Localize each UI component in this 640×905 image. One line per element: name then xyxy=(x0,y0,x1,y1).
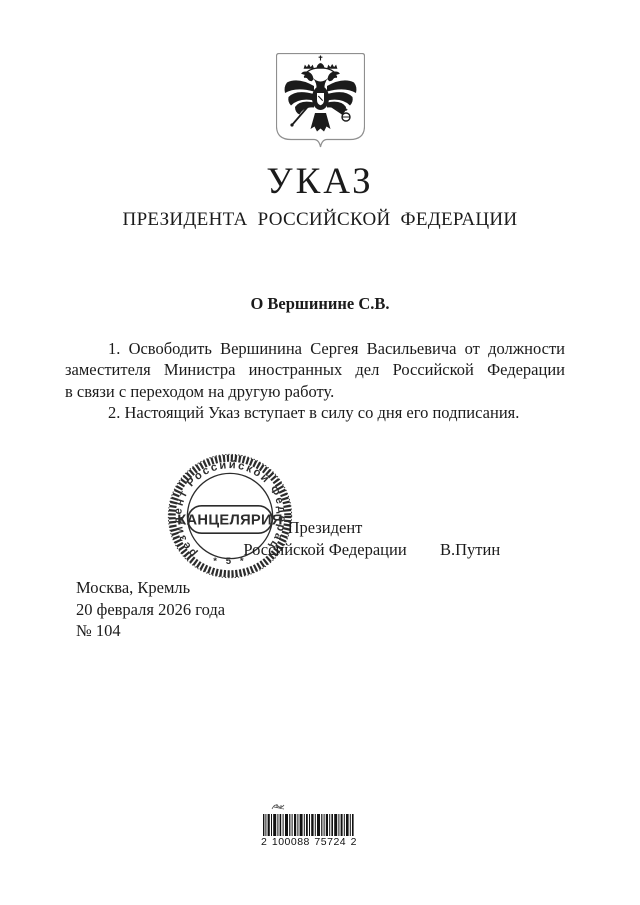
decree-title: УКАЗ xyxy=(0,162,640,202)
body-line: заместителя Министра иностранных дел Рос… xyxy=(65,359,565,380)
footer-number: № 104 xyxy=(76,620,225,642)
double-headed-eagle-icon xyxy=(276,53,365,152)
signer-name: В.Путин xyxy=(440,539,500,561)
barcode-scribble-mark xyxy=(271,802,289,812)
decree-body: 1. Освободить Вершинина Сергея Васильеви… xyxy=(65,338,565,424)
footer-date: 20 февраля 2026 года xyxy=(76,599,225,621)
body-line: в связи с переходом на другую работу. xyxy=(65,381,565,402)
coat-of-arms-emblem xyxy=(276,53,365,152)
stamp-bottom-number: * 5 * xyxy=(213,556,246,567)
stamp-ring-text: Президент Российской Федерации xyxy=(159,445,288,559)
decree-subtitle: ПРЕЗИДЕНТА РОССИЙСКОЙ ФЕДЕРАЦИИ xyxy=(0,209,640,231)
body-line: 1. Освободить Вершинина Сергея Васильеви… xyxy=(65,338,565,359)
barcode-digit-group: 100088 xyxy=(272,836,310,848)
barcode-digit-group: 75724 xyxy=(314,836,346,848)
chancellery-stamp: Президент Российской Федерации * 5 * КАН… xyxy=(159,445,301,587)
stamp-center-text: КАНЦЕЛЯРИЯ xyxy=(177,513,283,529)
body-line: 2. Настоящий Указ вступает в силу со дня… xyxy=(65,402,565,423)
svg-text:Президент Российской Федерации: Президент Российской Федерации xyxy=(159,445,288,559)
decree-subject-heading: О Вершинине С.В. xyxy=(0,294,640,314)
barcode-digits: 2 100088 75724 2 xyxy=(261,836,357,848)
barcode-bars xyxy=(263,814,355,836)
barcode-digit-group: 2 xyxy=(261,836,267,848)
barcode-digit-group: 2 xyxy=(351,836,357,848)
